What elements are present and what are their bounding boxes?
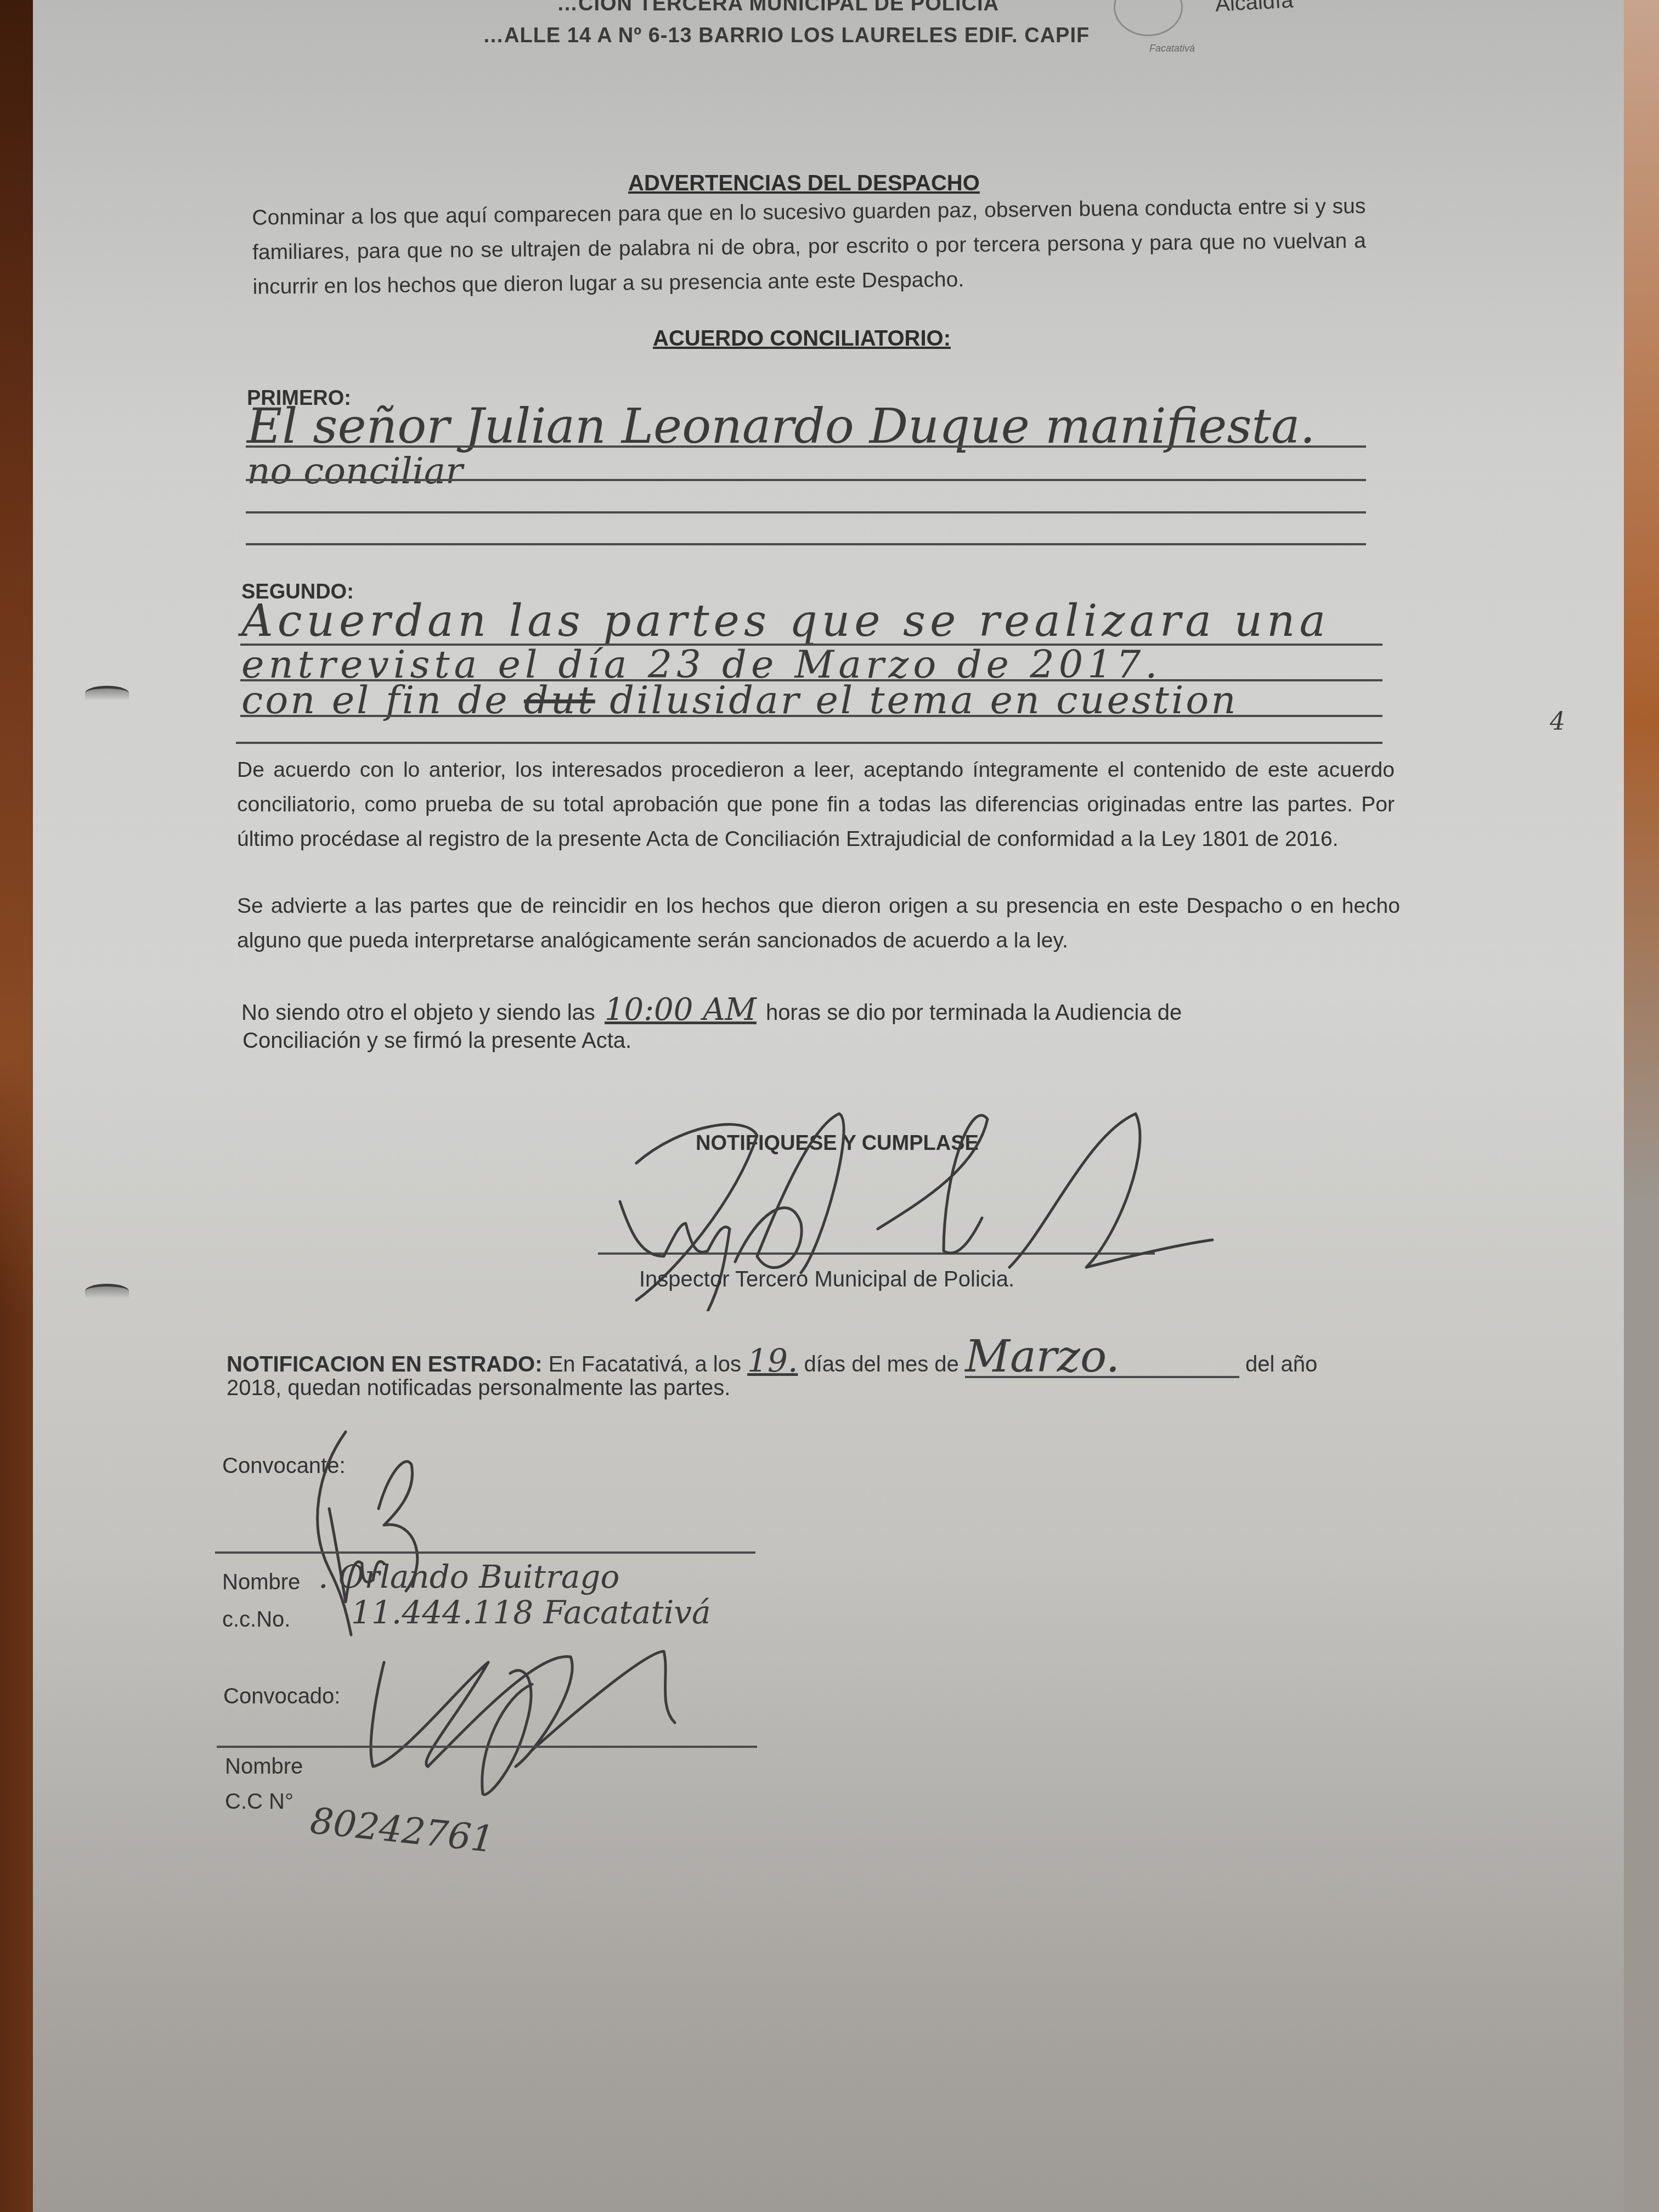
header-address: …ALLE 14 A Nº 6-13 BARRIO LOS LAURELES E…	[483, 24, 1090, 48]
notification-year-prefix: del año	[1245, 1352, 1317, 1376]
second-line-1: Acuerdan las partes que se realizara una	[241, 595, 1330, 646]
first-rule-3	[246, 511, 1366, 513]
convocante-cc: 11.444.118 Facatativá	[351, 1594, 711, 1631]
convocante-cc-label: c.c.No.	[222, 1607, 290, 1632]
inspector-role: Inspector Tercero Municipal de Policia.	[639, 1267, 1014, 1292]
warnings-title: ADVERTENCIAS DEL DESPACHO	[628, 171, 980, 196]
convocado-cc-label: C.C N°	[225, 1790, 294, 1814]
notification-line-1: NOTIFICACION EN ESTRADO: En Facatativá, …	[227, 1338, 1317, 1379]
warnings-body: Conminar a los que aquí comparecen para …	[252, 189, 1367, 304]
second-rule-3	[240, 715, 1383, 717]
seal-caption: Facatativá	[1149, 43, 1195, 54]
first-rule-1	[246, 445, 1366, 448]
header-office-name: …CION TERCERA MUNICIPAL DE POLICIA	[557, 0, 999, 16]
time-value: 10:00 AM	[601, 992, 760, 1028]
second-rule-4	[236, 742, 1383, 744]
convocante-name: . Orlando Buitrago	[318, 1558, 619, 1595]
notification-month-prefix: días del mes de	[804, 1352, 958, 1376]
convocante-signature-line	[215, 1551, 755, 1554]
notification-label: NOTIFICACION EN ESTRADO:	[227, 1352, 543, 1376]
closing-paragraph-1: De acuerdo con lo anterior, los interesa…	[237, 753, 1395, 856]
time-prefix: No siendo otro el objeto y siendo las	[241, 1001, 595, 1025]
notification-month: Marzo.	[965, 1338, 1239, 1378]
punch-hole-top	[85, 686, 129, 701]
notification-line-2: 2018, quedan notificadas personalmente l…	[227, 1376, 730, 1401]
convocante-name-label: Nombre	[222, 1570, 300, 1595]
closing-paragraph-2: Se advierte a las partes que de reincidi…	[237, 889, 1400, 958]
notification-place: En Facatativá, a los	[549, 1352, 741, 1376]
first-rule-2	[246, 479, 1366, 481]
convocado-label: Convocado:	[223, 1684, 340, 1709]
punch-hole-bottom	[85, 1284, 129, 1299]
convocado-signature-line	[217, 1746, 757, 1748]
convocado-name-label: Nombre	[225, 1754, 303, 1779]
notification-day: 19.	[747, 1342, 798, 1379]
time-suffix: horas se dio por terminada la Audiencia …	[766, 1001, 1182, 1025]
agreement-title: ACUERDO CONCILIATORIO:	[653, 326, 951, 351]
first-rule-4	[246, 543, 1366, 545]
first-line-2: no conciliar	[247, 450, 463, 492]
closing-paragraph-3: No siendo otro el objeto y siendo las 10…	[241, 992, 1182, 1028]
closing-line-2: Conciliación y se firmó la presente Acta…	[242, 1029, 631, 1053]
margin-note: 4	[1550, 708, 1565, 736]
convocado-signature-icon	[351, 1640, 768, 1816]
